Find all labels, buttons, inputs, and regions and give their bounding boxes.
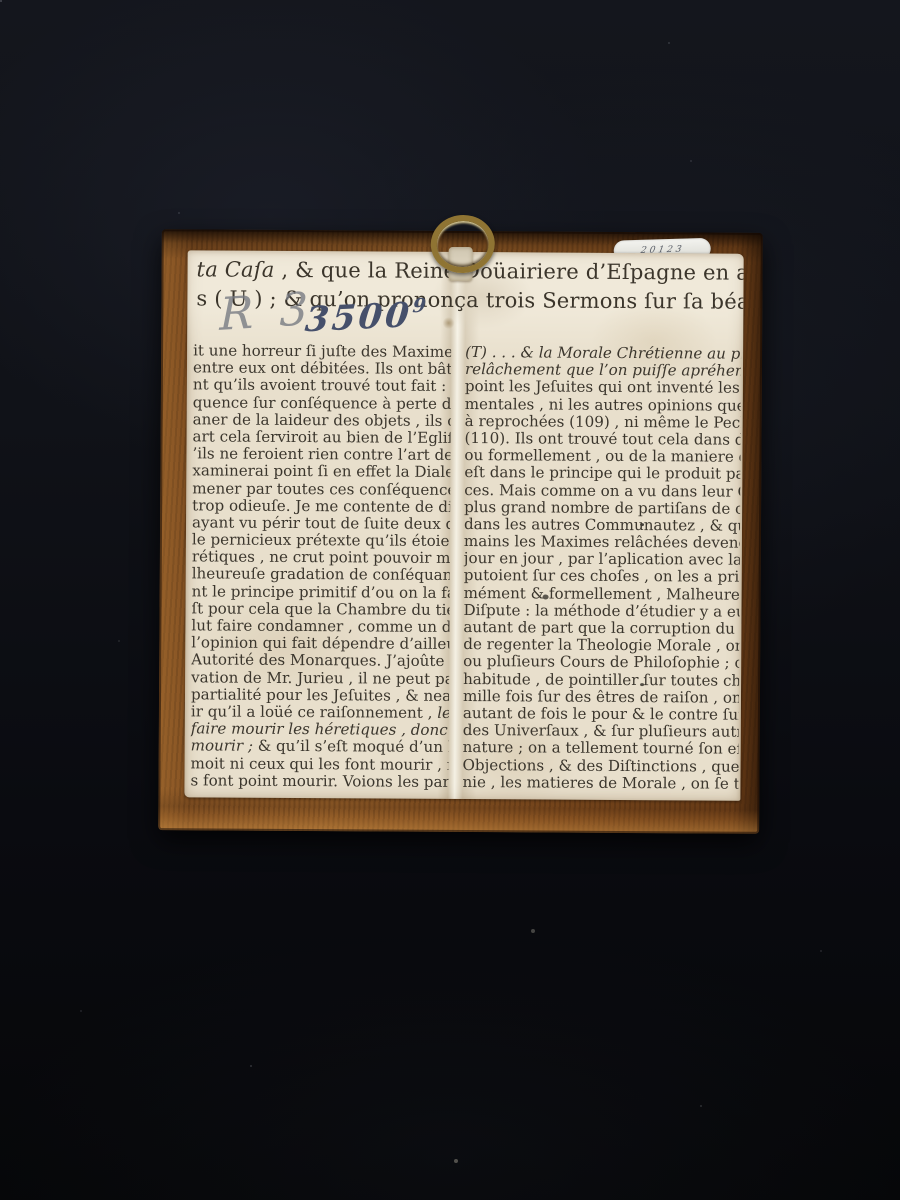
- text-line: ayant vu périr tout de ſuite deux de: [192, 514, 450, 533]
- text-line: art cela ſerviroit au bien de l’Egliſe: [193, 428, 451, 447]
- left-text-column: it une horreur ſi juſte des Maximesentre…: [190, 342, 451, 797]
- text-line: mille fois ſur des êtres de raiſon , on …: [463, 688, 739, 707]
- text-line: Objections , & des Diſtinctions , que lo…: [463, 757, 739, 776]
- text-line: de regenter la Theologie Morale , on a e…: [463, 636, 739, 655]
- wooden-plaque: 20123 ta Caſa , & que la Reine Doüairier…: [158, 229, 763, 834]
- text-line: quence ſur conſéquence à perte de: [193, 394, 451, 413]
- text-line: plus grand nombre de partiſans de ces op…: [464, 499, 740, 518]
- pencil-inscription: R 3: [219, 286, 314, 337]
- text-line: (T) . . . & la Morale Chrétienne au plus: [465, 344, 741, 363]
- text-line: mener par toutes ces conſéquences ;: [192, 480, 450, 499]
- text-line: nt le principe primitif d’ou on la fai-: [192, 583, 450, 602]
- text-line: ou pluſieurs Cours de Philoſophie ; on s…: [463, 653, 739, 672]
- text-line: lut faire condamner , comme un dog-: [191, 617, 449, 636]
- text-line: relâchement que l’on puiſſe apréhender. …: [465, 361, 741, 380]
- text-line: Autorité des Monarques. J’ajoûte à: [191, 652, 449, 671]
- text-line: entre eux ont débitées. Ils ont bâti: [193, 360, 451, 379]
- right-text-column: (T) . . . & la Morale Chrétienne au plus…: [462, 344, 741, 799]
- text-line: partialité pour les Jeſuites , & nean-: [191, 686, 449, 705]
- text-line: putoient ſur ces choſes , on les a pris …: [464, 567, 740, 586]
- text-line: faire mourir les héretiques , donc ils: [191, 720, 449, 739]
- text-line: jour en jour , par l’aplication avec laq…: [464, 550, 740, 569]
- text-line: lheureuſe gradation de conſéquances ,: [192, 566, 450, 585]
- text-line: Diſpute : la méthode d’étudier y a eu po…: [463, 602, 739, 621]
- text-line: des Univerſaux , & ſur pluſieurs autres: [463, 722, 739, 741]
- text-line: autant de part que la corruption du cœur…: [463, 619, 739, 638]
- text-line: point les Jeſuites qui ont inventé les r…: [465, 378, 741, 397]
- text-line: aner de la laideur des objets , ils ont: [193, 411, 451, 430]
- text-line: ir qu’il a loüé ce raiſonnement , les: [191, 703, 449, 722]
- text-line: nt qu’ils avoient trouvé tout fait : ils: [193, 377, 451, 396]
- text-line: eſt dans le principe qui le produit par …: [464, 464, 740, 483]
- text-line: ſt pour cela que la Chambre du tiers: [191, 600, 449, 619]
- text-line: l’opinion qui fait dépendre d’ailleurs: [191, 635, 449, 654]
- text-line: rétiques , ne crut point pouvoir mieux: [192, 549, 450, 568]
- text-line: vation de Mr. Jurieu , il ne peut pas: [191, 669, 449, 688]
- text-line: mentales , ni les autres opinions que Mr…: [465, 396, 741, 415]
- text-line: ou formellement , ou de la maniere qu’u: [464, 447, 740, 466]
- text-line: trop odieuſe. Je me contente de dire: [192, 497, 450, 516]
- text-line: le pernicieux prétexte qu’ils étoient: [192, 531, 450, 550]
- two-column-text: it une horreur ſi juſte des Maximesentre…: [190, 342, 741, 798]
- text-line: nie , les matieres de Morale , on ſe tro…: [462, 774, 738, 793]
- text-line: mains les Maximes relâchées devenoient f: [464, 533, 740, 552]
- text-line: ’ils ne feroient rien contre l’art de ra…: [192, 445, 450, 464]
- velvet-background: 20123 ta Caſa , & que la Reine Doüairier…: [0, 0, 900, 1200]
- text-line: ces. Mais comme on a vu dans leur Comp: [464, 482, 740, 501]
- text-line: mément & formellement , Malheureux f: [464, 585, 740, 604]
- text-line: dans les autres Communautez , & qu’e: [464, 516, 740, 535]
- text-line: xaminerai point ſi en effet la Dialec-: [192, 463, 450, 482]
- text-line: it une horreur ſi juſte des Maximes: [193, 342, 451, 361]
- text-line: autant de fois le pour & le contre ſur l…: [463, 705, 739, 724]
- ink-price-inscription: 35009: [304, 297, 427, 338]
- text-line: mourir ; & qu’il s’eſt moqué d’un hom-: [191, 738, 449, 757]
- text-line: (110). Ils ont trouvé tout cela dans d’a…: [465, 430, 741, 449]
- dust-specks: [0, 0, 2, 2]
- text-line: à reprochées (109) , ni même le Peché Ph…: [465, 413, 741, 432]
- text-line: moit ni ceux qui les font mourir , ni: [191, 755, 449, 774]
- text-line: habitude , de pointiller ſur toutes choſ…: [463, 671, 739, 690]
- text-line: nature ; on a tellement tourné ſon eſpri…: [463, 739, 739, 758]
- pasted-book-page: ta Caſa , & que la Reine Doüairiere d’Eſ…: [184, 250, 743, 800]
- text-line: s font point mourir. Voions les paro-: [190, 772, 448, 791]
